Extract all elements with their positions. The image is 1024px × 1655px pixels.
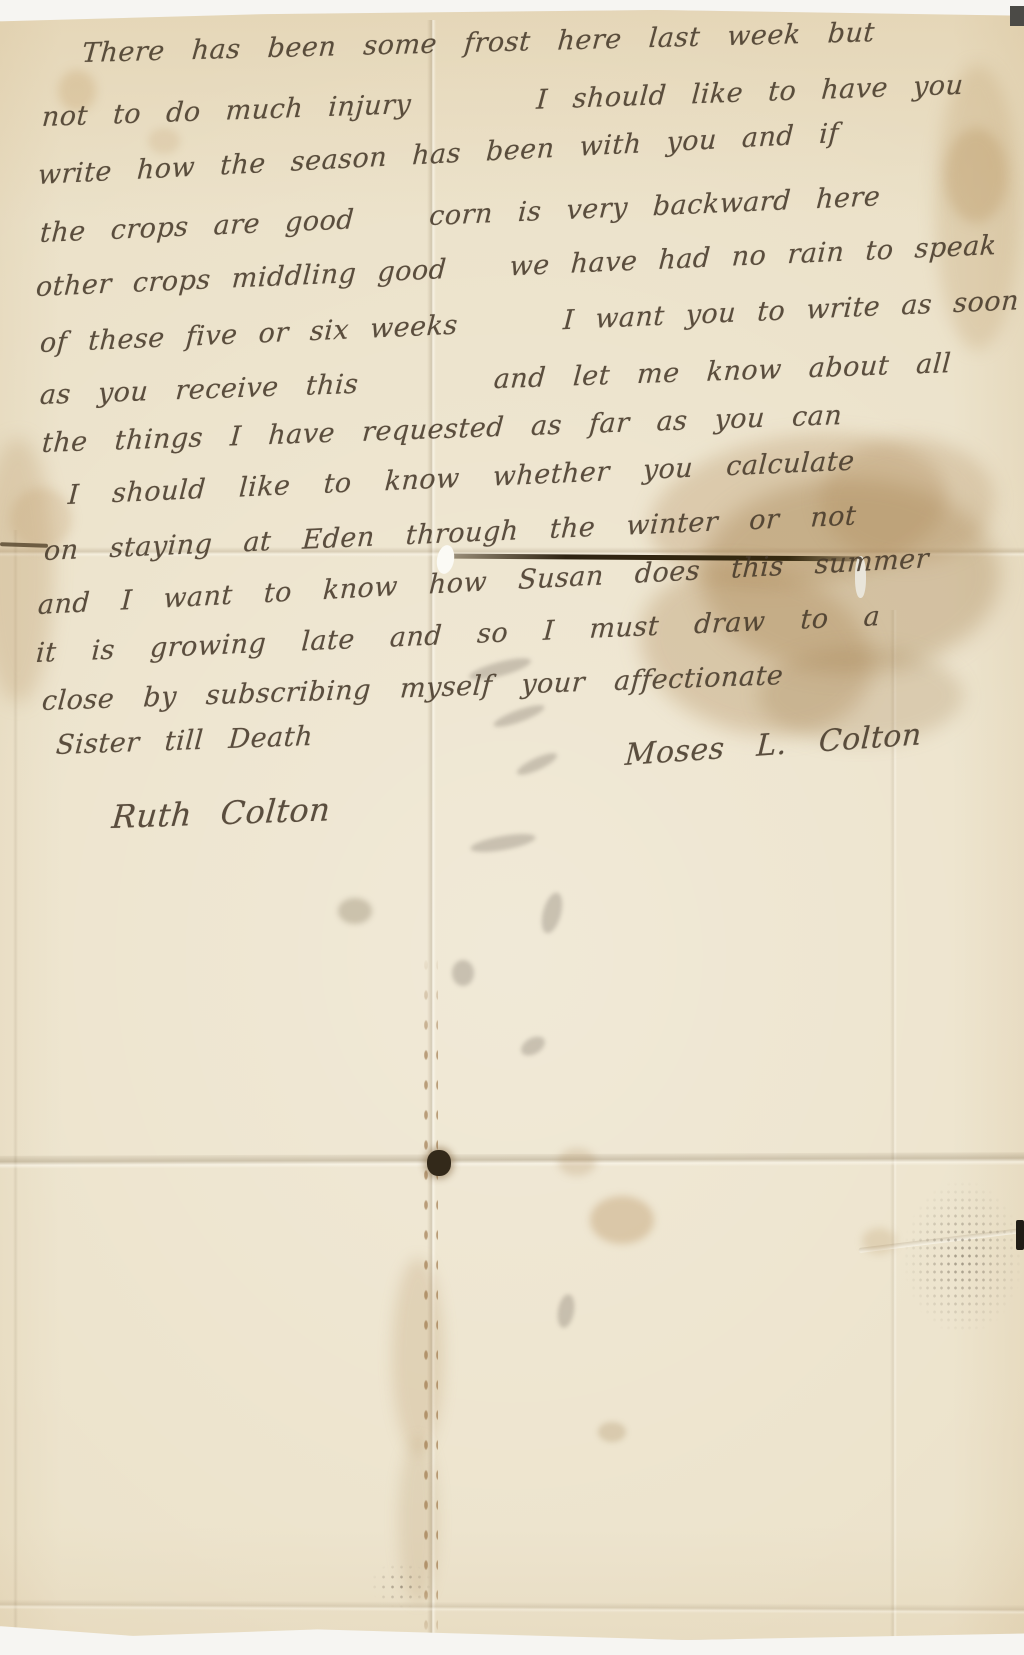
vertical-fold-crease-left: [13, 530, 18, 1640]
stain-fold-smudge: [398, 1438, 438, 1603]
stain-spot: [338, 898, 372, 924]
horizontal-fold-crease-middle: [0, 1152, 1024, 1169]
stain-spot: [590, 1196, 654, 1244]
ink-showthrough-mark: [555, 1293, 577, 1329]
stain-spot: [862, 1228, 896, 1254]
ink-showthrough-mark: [515, 749, 560, 778]
ink-showthrough-mark: [492, 701, 547, 731]
stain-fold-smudge: [392, 1258, 444, 1453]
handwritten-line-4: the crops are good corn is very backward…: [39, 181, 881, 249]
handwritten-line-1: There has been some frost here last week…: [81, 17, 876, 69]
scan-edge-notch: [1016, 1220, 1024, 1250]
handwritten-line-8: the things I have requested as far as yo…: [41, 400, 843, 459]
tear-line: [0, 542, 48, 548]
foxing-speckle-patch: [903, 1180, 1023, 1335]
foxing-speckle-patch: [370, 1562, 432, 1608]
ink-showthrough-mark: [469, 830, 536, 855]
diagonal-crease: [858, 1228, 1022, 1253]
ink-showthrough-mark: [518, 1033, 549, 1060]
scanned-letter: There has been some frost here last week…: [0, 0, 1024, 1655]
fold-speck-trail: [420, 950, 438, 1650]
letter-page: There has been some frost here last week…: [0, 10, 1024, 1640]
signature-moses: Moses L. Colton: [624, 717, 923, 773]
stain-edge-right: [945, 128, 1007, 223]
ink-showthrough-mark: [452, 960, 474, 986]
stain-spot: [598, 1422, 626, 1442]
signature-ruth: Ruth Colton: [110, 790, 332, 836]
scan-edge-notch: [1010, 6, 1024, 26]
closing-line: Sister till Death: [55, 721, 314, 761]
ink-showthrough-mark: [538, 890, 566, 935]
handwritten-line-13: close by subscribing myself your affecti…: [41, 660, 785, 717]
stain-spot: [148, 128, 180, 154]
paper-hole-dark: [427, 1150, 451, 1176]
horizontal-fold-crease-lower: [0, 1599, 1024, 1614]
stain-spot: [558, 1148, 596, 1176]
handwritten-line-9: I should like to know whether you calcul…: [67, 446, 855, 511]
vertical-fold-crease-right: [890, 610, 897, 1650]
